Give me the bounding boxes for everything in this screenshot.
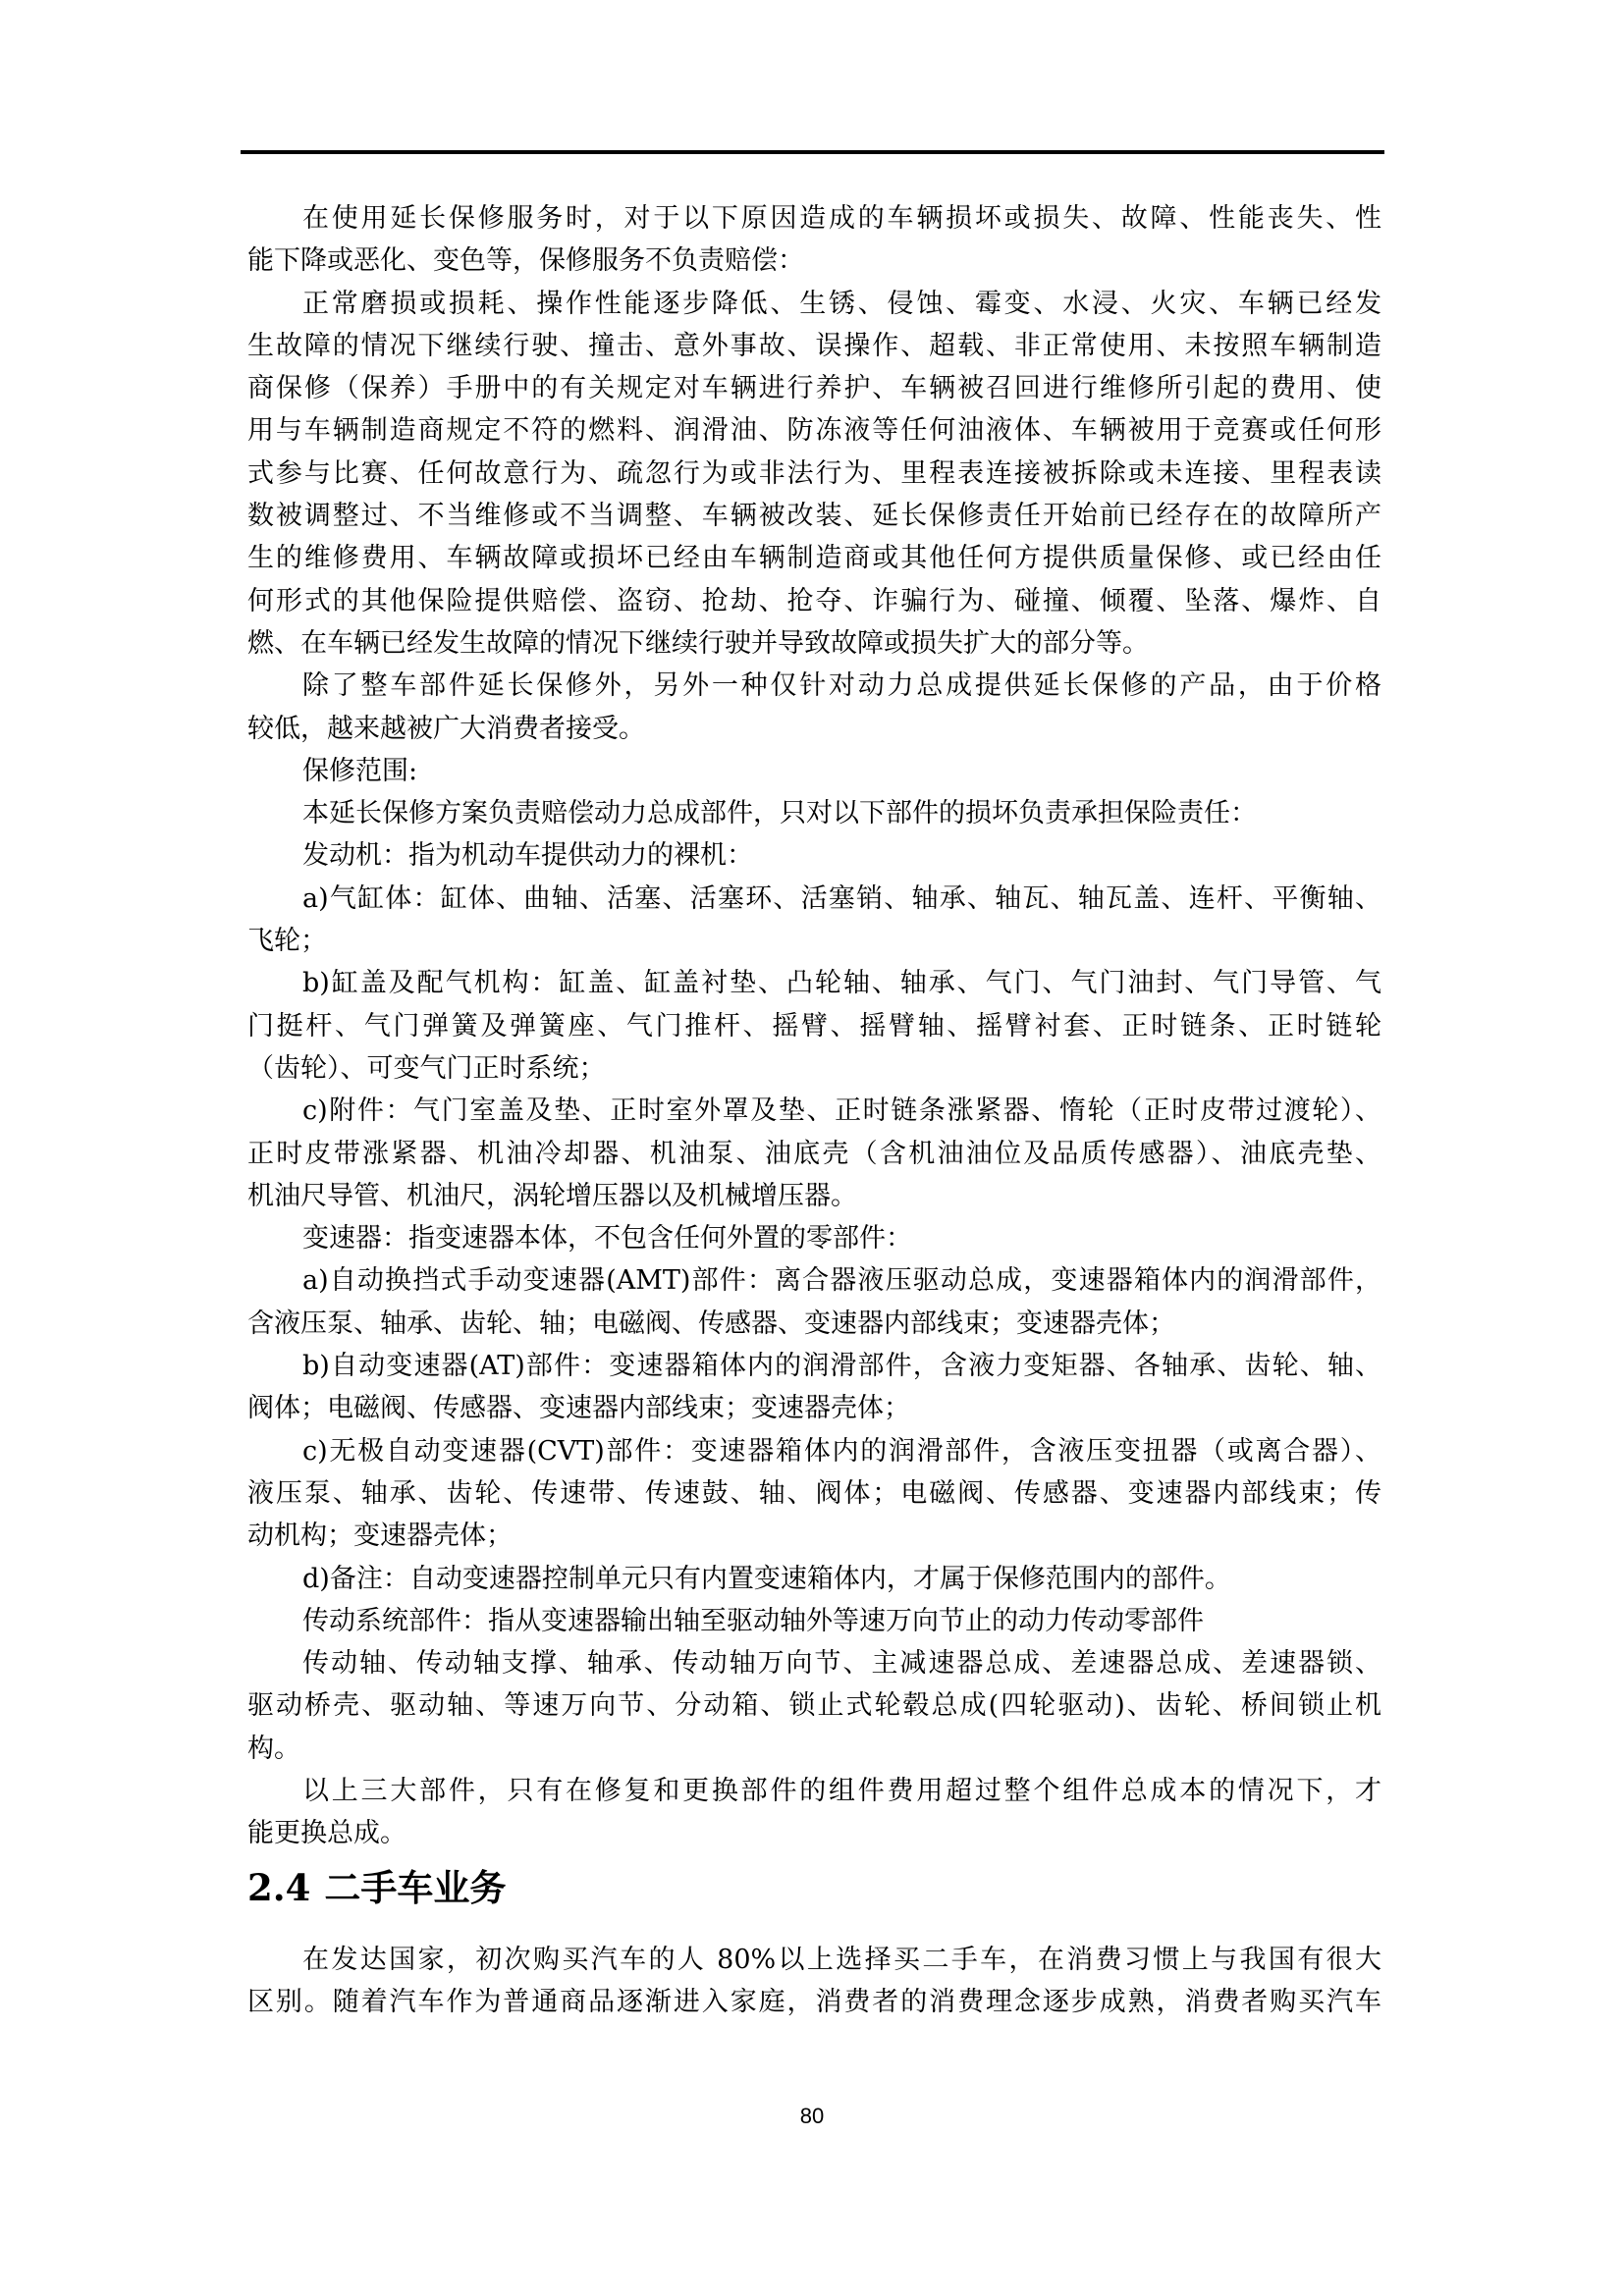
text-line: a)自动换挡式手动变速器(AMT)部件：离合器液压驱动总成，变速器箱体内的润滑部… bbox=[247, 1259, 1381, 1302]
text-line: 区别。随着汽车作为普通商品逐渐进入家庭，消费者的消费理念逐步成熟，消费者购买汽车 bbox=[247, 1981, 1381, 2023]
section-heading: 2.4二手车业务 bbox=[247, 1863, 506, 1912]
text-line: 变速器：指变速器本体，不包含任何外置的零部件： bbox=[247, 1217, 1381, 1259]
text-line: c)附件：气门室盖及垫、正时室外罩及垫、正时链条涨紧器、惰轮（正时皮带过渡轮）、 bbox=[247, 1090, 1381, 1132]
text-line: 用与车辆制造商规定不符的燃料、润滑油、防冻液等任何油液体、车辆被用于竞赛或任何形 bbox=[247, 409, 1381, 452]
text-line: 门挺杆、气门弹簧及弹簧座、气门推杆、摇臂、摇臂轴、摇臂衬套、正时链条、正时链轮 bbox=[247, 1005, 1381, 1047]
header-rule bbox=[241, 150, 1384, 154]
section-number: 2.4 bbox=[247, 1866, 310, 1909]
text-line: b)自动变速器(AT)部件：变速器箱体内的润滑部件，含液力变矩器、各轴承、齿轮、… bbox=[247, 1345, 1381, 1387]
text-line: 含液压泵、轴承、齿轮、轴；电磁阀、传感器、变速器内部线束；变速器壳体； bbox=[247, 1303, 1381, 1345]
text-line: 正时皮带涨紧器、机油冷却器、机油泵、油底壳（含机油油位及品质传感器）、油底壳垫、 bbox=[247, 1133, 1381, 1175]
text-line: 阀体；电磁阀、传感器、变速器内部线束；变速器壳体； bbox=[247, 1387, 1381, 1429]
body-text: 在使用延长保修服务时，对于以下原因造成的车辆损坏或损失、故障、性能丧失、性能下降… bbox=[247, 197, 1381, 1855]
text-line: 在发达国家，初次购买汽车的人 80%以上选择买二手车，在消费习惯上与我国有很大 bbox=[247, 1939, 1381, 1981]
page-number: 80 bbox=[0, 2103, 1624, 2130]
text-line: 构。 bbox=[247, 1728, 1381, 1770]
text-line: 传动系统部件：指从变速器输出轴至驱动轴外等速万向节止的动力传动零部件 bbox=[247, 1600, 1381, 1642]
text-line: 生故障的情况下继续行驶、撞击、意外事故、误操作、超载、非正常使用、未按照车辆制造 bbox=[247, 325, 1381, 367]
text-line: 驱动桥壳、驱动轴、等速万向节、分动箱、锁止式轮毂总成(四轮驱动)、齿轮、桥间锁止… bbox=[247, 1684, 1381, 1727]
text-line: 飞轮； bbox=[247, 920, 1381, 962]
text-line: 动机构；变速器壳体； bbox=[247, 1515, 1381, 1557]
text-line: 机油尺导管、机油尺，涡轮增压器以及机械增压器。 bbox=[247, 1175, 1381, 1217]
text-line: 发动机：指为机动车提供动力的裸机： bbox=[247, 834, 1381, 877]
text-line: 数被调整过、不当维修或不当调整、车辆被改装、延长保修责任开始前已经存在的故障所产 bbox=[247, 495, 1381, 537]
section-body-text: 在发达国家，初次购买汽车的人 80%以上选择买二手车，在消费习惯上与我国有很大区… bbox=[247, 1939, 1381, 2024]
text-line: 正常磨损或损耗、操作性能逐步降低、生锈、侵蚀、霉变、水浸、火灾、车辆已经发 bbox=[247, 283, 1381, 325]
text-line: d)备注：自动变速器控制单元只有内置变速箱体内，才属于保修范围内的部件。 bbox=[247, 1558, 1381, 1600]
text-line: 以上三大部件，只有在修复和更换部件的组件费用超过整个组件总成本的情况下，才 bbox=[247, 1770, 1381, 1812]
text-line: 保修范围: bbox=[247, 750, 1381, 792]
text-line: 传动轴、传动轴支撑、轴承、传动轴万向节、主减速器总成、差速器总成、差速器锁、 bbox=[247, 1642, 1381, 1684]
text-line: 燃、在车辆已经发生故障的情况下继续行驶并导致故障或损失扩大的部分等。 bbox=[247, 622, 1381, 665]
text-line: 商保修（保养）手册中的有关规定对车辆进行养护、车辆被召回进行维修所引起的费用、使 bbox=[247, 367, 1381, 409]
text-line: a)气缸体：缸体、曲轴、活塞、活塞环、活塞销、轴承、轴瓦、轴瓦盖、连杆、平衡轴、 bbox=[247, 878, 1381, 920]
text-line: 式参与比赛、任何故意行为、疏忽行为或非法行为、里程表连接被拆除或未连接、里程表读 bbox=[247, 453, 1381, 495]
text-line: 何形式的其他保险提供赔偿、盗窃、抢劫、抢夺、诈骗行为、碰撞、倾覆、坠落、爆炸、自 bbox=[247, 580, 1381, 622]
text-line: 本延长保修方案负责赔偿动力总成部件，只对以下部件的损坏负责承担保险责任： bbox=[247, 792, 1381, 834]
text-line: 较低，越来越被广大消费者接受。 bbox=[247, 708, 1381, 750]
text-line: 液压泵、轴承、齿轮、传速带、传速鼓、轴、阀体；电磁阀、传感器、变速器内部线束；传 bbox=[247, 1472, 1381, 1515]
text-line: 在使用延长保修服务时，对于以下原因造成的车辆损坏或损失、故障、性能丧失、性 bbox=[247, 197, 1381, 240]
text-line: （齿轮）、可变气门正时系统； bbox=[247, 1047, 1381, 1090]
text-line: 除了整车部件延长保修外，另外一种仅针对动力总成提供延长保修的产品，由于价格 bbox=[247, 665, 1381, 707]
text-line: b)缸盖及配气机构：缸盖、缸盖衬垫、凸轮轴、轴承、气门、气门油封、气门导管、气 bbox=[247, 962, 1381, 1004]
text-line: c)无极自动变速器(CVT)部件：变速器箱体内的润滑部件，含液压变扭器（或离合器… bbox=[247, 1430, 1381, 1472]
text-line: 能更换总成。 bbox=[247, 1812, 1381, 1854]
text-line: 生的维修费用、车辆故障或损坏已经由车辆制造商或其他任何方提供质量保修、或已经由任 bbox=[247, 537, 1381, 579]
section-title: 二手车业务 bbox=[324, 1866, 506, 1909]
text-line: 能下降或恶化、变色等，保修服务不负责赔偿： bbox=[247, 240, 1381, 282]
